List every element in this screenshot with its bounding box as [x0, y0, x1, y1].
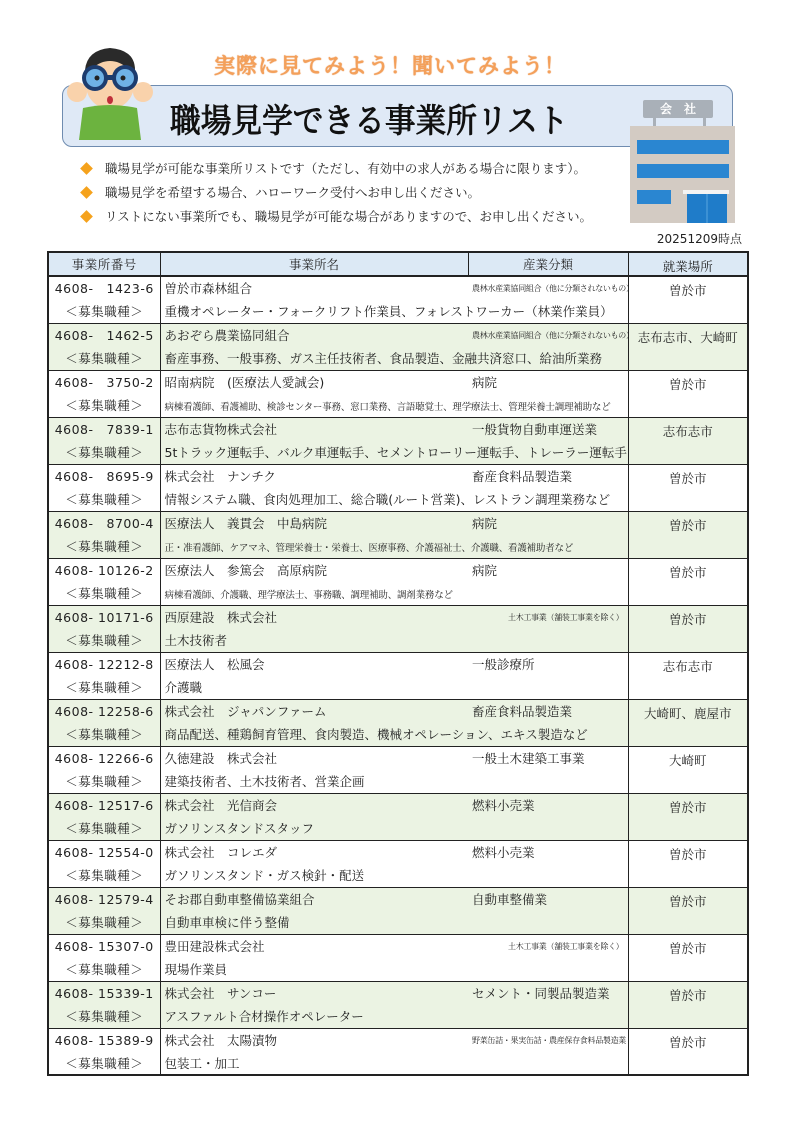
- job-label: ＜募集職種＞: [48, 676, 160, 700]
- industry: 畜産食料品製造業: [468, 699, 628, 723]
- business-name: 曽於市森林組合: [160, 276, 468, 300]
- business-number: 4608- 1423-6: [48, 276, 160, 300]
- business-number: 4608- 15339-1: [48, 981, 160, 1005]
- business-name: 株式会社 サンコー: [160, 981, 468, 1005]
- job-label: ＜募集職種＞: [48, 488, 160, 512]
- industry: 自動車整備業: [468, 887, 628, 911]
- business-name: 医療法人 松風会: [160, 652, 468, 676]
- table-row: 4608- 12554-0株式会社 コレエダ燃料小売業曽於市: [48, 840, 748, 864]
- job-types: 建築技術者、土木技術者、営業企画: [160, 770, 628, 794]
- industry: 一般診療所: [468, 652, 628, 676]
- industry: 農林水産業協同組合（他に分類されないもの）: [468, 323, 628, 347]
- work-location: 志布志市: [628, 652, 748, 699]
- industry: 一般貨物自動車運送業: [468, 417, 628, 441]
- table-row: 4608- 8695-9株式会社 ナンチク畜産食料品製造業曽於市: [48, 464, 748, 488]
- notice-item: 職場見学を希望する場合、ハローワーク受付へお申し出ください。: [78, 180, 592, 204]
- boy-with-binoculars-illustration: [55, 40, 165, 140]
- job-types: 重機オペレーター・フォークリフト作業員、フォレストワーカー（林業作業員）: [160, 300, 628, 324]
- job-types-text: 自動車車検に伴う整備: [165, 915, 290, 930]
- job-label: ＜募集職種＞: [48, 629, 160, 653]
- job-types-text: 病棟看護師、看護補助、検診センター事務、窓口業務、言語聴覚士、理学療法士、管理栄…: [165, 402, 611, 413]
- table-row: 4608- 10126-2医療法人 参篤会 高原病院病院曽於市: [48, 558, 748, 582]
- job-types: 5tトラック運転手、バルク車運転手、セメントローリー運転手、トレーラー運転手: [160, 441, 628, 465]
- work-location: 曽於市: [628, 793, 748, 840]
- job-types-text: 5tトラック運転手、バルク車運転手、セメントローリー運転手、トレーラー運転手: [165, 445, 627, 460]
- job-label: ＜募集職種＞: [48, 817, 160, 841]
- industry: 病院: [468, 558, 628, 582]
- table-row: 4608- 15339-1株式会社 サンコーセメント・同製品製造業曽於市: [48, 981, 748, 1005]
- as-of-date: 20251209時点: [657, 230, 742, 247]
- table-row: 4608- 10171-6西原建設 株式会社土木工事業（舗装工事業を除く）曽於市: [48, 605, 748, 629]
- job-types-text: 病棟看護師、介護職、理学療法士、事務職、調理補助、調剤業務など: [165, 590, 453, 601]
- job-types: 自動車車検に伴う整備: [160, 911, 628, 935]
- work-location: 志布志市、大崎町: [628, 323, 748, 370]
- business-number: 4608- 12212-8: [48, 652, 160, 676]
- header-business-name: 事業所名: [160, 252, 468, 276]
- page-title: 職場見学できる事業所リスト: [170, 95, 568, 142]
- table-row: 4608- 8700-4医療法人 義貫会 中島病院病院曽於市: [48, 511, 748, 535]
- job-types-text: 包装工・加工: [165, 1056, 240, 1071]
- table-row: 4608- 1462-5あおぞら農業協同組合農林水産業協同組合（他に分類されない…: [48, 323, 748, 347]
- business-number: 4608- 10126-2: [48, 558, 160, 582]
- job-label: ＜募集職種＞: [48, 723, 160, 747]
- business-number: 4608- 1462-5: [48, 323, 160, 347]
- table-row: 4608- 15307-0豊田建設株式会社土木工事業（舗装工事業を除く）曽於市: [48, 934, 748, 958]
- job-types: 土木技術者: [160, 629, 628, 653]
- table-row: 4608- 7839-1志布志貨物株式会社一般貨物自動車運送業志布志市: [48, 417, 748, 441]
- job-types: 商品配送、種鶏飼育管理、食肉製造、機械オペレーション、エキス製造など: [160, 723, 628, 747]
- job-types: 介護職: [160, 676, 628, 700]
- work-location: 曽於市: [628, 370, 748, 417]
- business-name: 株式会社 ナンチク: [160, 464, 468, 488]
- page-subtitle: 実際に見てみよう！聞いてみよう！: [190, 50, 590, 80]
- work-location: 曽於市: [628, 276, 748, 323]
- job-types-text: アスファルト合材操作オペレーター: [165, 1009, 364, 1024]
- diamond-bullet-icon: [80, 186, 93, 199]
- table-body: 4608- 1423-6曽於市森林組合農林水産業協同組合（他に分類されないもの）…: [48, 276, 748, 1075]
- business-name: 株式会社 太陽漬物: [160, 1028, 468, 1052]
- job-types: 情報システム職、食肉処理加工、総合職(ルート営業)、レストラン調理業務など: [160, 488, 628, 512]
- work-location: 曽於市: [628, 605, 748, 652]
- business-number: 4608- 12554-0: [48, 840, 160, 864]
- business-name: 株式会社 ジャパンファーム: [160, 699, 468, 723]
- svg-text:会 社: 会 社: [660, 101, 696, 116]
- work-location: 曽於市: [628, 511, 748, 558]
- job-types-text: 畜産事務、一般事務、ガス主任技術者、食品製造、金融共済窓口、給油所業務: [165, 351, 603, 366]
- table-row: 4608- 3750-2昭南病院 (医療法人愛誠会)病院曽於市: [48, 370, 748, 394]
- industry: 野菜缶詰・果実缶詰・農産保存食料品製造業: [468, 1028, 628, 1052]
- job-types-text: 土木技術者: [165, 633, 228, 648]
- job-types: 病棟看護師、介護職、理学療法士、事務職、調理補助、調剤業務など: [160, 582, 628, 606]
- notice-list: 職場見学が可能な事業所リストです（ただし、有効中の求人がある場合に限ります）。 …: [78, 156, 592, 228]
- job-label: ＜募集職種＞: [48, 864, 160, 888]
- business-number: 4608- 12258-6: [48, 699, 160, 723]
- notice-item: リストにない事業所でも、職場見学が可能な場合がありますので、お申し出ください。: [78, 204, 592, 228]
- header-location: 就業場所: [628, 252, 748, 276]
- job-label: ＜募集職種＞: [48, 770, 160, 794]
- business-name: 西原建設 株式会社: [160, 605, 468, 629]
- business-number: 4608- 15307-0: [48, 934, 160, 958]
- industry: 燃料小売業: [468, 840, 628, 864]
- work-location: 大崎町: [628, 746, 748, 793]
- industry: 畜産食料品製造業: [468, 464, 628, 488]
- job-types-text: 建築技術者、土木技術者、営業企画: [165, 774, 365, 789]
- industry: 一般土木建築工事業: [468, 746, 628, 770]
- job-label: ＜募集職種＞: [48, 1052, 160, 1076]
- industry: 病院: [468, 370, 628, 394]
- business-name: あおぞら農業協同組合: [160, 323, 468, 347]
- job-types-text: 情報システム職、食肉処理加工、総合職(ルート営業)、レストラン調理業務など: [165, 492, 611, 507]
- company-building-illustration: 会 社: [625, 98, 740, 223]
- job-label: ＜募集職種＞: [48, 1005, 160, 1029]
- table-row: 4608- 1423-6曽於市森林組合農林水産業協同組合（他に分類されないもの）…: [48, 276, 748, 300]
- job-label: ＜募集職種＞: [48, 347, 160, 371]
- job-types: 包装工・加工: [160, 1052, 628, 1076]
- business-name: 志布志貨物株式会社: [160, 417, 468, 441]
- job-types-text: ガソリンスタンド・ガス検針・配送: [165, 868, 365, 883]
- business-number: 4608- 12517-6: [48, 793, 160, 817]
- business-name: 医療法人 参篤会 高原病院: [160, 558, 468, 582]
- job-types: アスファルト合材操作オペレーター: [160, 1005, 628, 1029]
- work-location: 曽於市: [628, 887, 748, 934]
- job-types-text: ガソリンスタンドスタッフ: [165, 821, 315, 836]
- work-location: 大崎町、鹿屋市: [628, 699, 748, 746]
- job-types-text: 現場作業員: [165, 962, 228, 977]
- job-label: ＜募集職種＞: [48, 958, 160, 982]
- work-location: 志布志市: [628, 417, 748, 464]
- job-label: ＜募集職種＞: [48, 582, 160, 606]
- industry: 農林水産業協同組合（他に分類されないもの）: [468, 276, 628, 300]
- job-types: 病棟看護師、看護補助、検診センター事務、窓口業務、言語聴覚士、理学療法士、管理栄…: [160, 394, 628, 418]
- industry: 土木工事業（舗装工事業を除く）: [468, 605, 628, 629]
- business-number: 4608- 7839-1: [48, 417, 160, 441]
- job-types: ガソリンスタンドスタッフ: [160, 817, 628, 841]
- business-name: 医療法人 義貫会 中島病院: [160, 511, 468, 535]
- table-row: 4608- 12517-6株式会社 光信商会燃料小売業曽於市: [48, 793, 748, 817]
- work-location: 曽於市: [628, 934, 748, 981]
- job-label: ＜募集職種＞: [48, 300, 160, 324]
- job-types: 現場作業員: [160, 958, 628, 982]
- table-row: 4608- 12579-4そお郡自動車整備協業組合自動車整備業曽於市: [48, 887, 748, 911]
- job-types-text: 介護職: [165, 680, 203, 695]
- work-location: 曽於市: [628, 464, 748, 511]
- business-number: 4608- 15389-9: [48, 1028, 160, 1052]
- business-name: 豊田建設株式会社: [160, 934, 468, 958]
- business-name: 株式会社 光信商会: [160, 793, 468, 817]
- table-row: 4608- 12258-6株式会社 ジャパンファーム畜産食料品製造業大崎町、鹿屋…: [48, 699, 748, 723]
- diamond-bullet-icon: [80, 210, 93, 223]
- industry: セメント・同製品製造業: [468, 981, 628, 1005]
- business-name: 昭南病院 (医療法人愛誠会): [160, 370, 468, 394]
- job-label: ＜募集職種＞: [48, 394, 160, 418]
- business-list-table: 事業所番号 事業所名 産業分類 就業場所 4608- 1423-6曽於市森林組合…: [47, 251, 749, 1076]
- work-location: 曽於市: [628, 981, 748, 1028]
- business-number: 4608- 12266-6: [48, 746, 160, 770]
- work-location: 曽於市: [628, 558, 748, 605]
- job-types-text: 正・准看護師、ケアマネ、管理栄養士・栄養士、医療事務、介護福祉士、介護職、看護補…: [165, 543, 574, 554]
- business-name: 久徳建設 株式会社: [160, 746, 468, 770]
- work-location: 曽於市: [628, 1028, 748, 1075]
- job-label: ＜募集職種＞: [48, 441, 160, 465]
- industry: 病院: [468, 511, 628, 535]
- job-types: 正・准看護師、ケアマネ、管理栄養士・栄養士、医療事務、介護福祉士、介護職、看護補…: [160, 535, 628, 559]
- industry: 土木工事業（舗装工事業を除く）: [468, 934, 628, 958]
- table-row: 4608- 12212-8医療法人 松風会一般診療所志布志市: [48, 652, 748, 676]
- business-number: 4608- 10171-6: [48, 605, 160, 629]
- notice-text: 職場見学を希望する場合、ハローワーク受付へお申し出ください。: [105, 183, 480, 201]
- business-name: そお郡自動車整備協業組合: [160, 887, 468, 911]
- table-row: 4608- 12266-6久徳建設 株式会社一般土木建築工事業大崎町: [48, 746, 748, 770]
- job-types-text: 重機オペレーター・フォークリフト作業員、フォレストワーカー（林業作業員）: [165, 304, 613, 319]
- job-types: 畜産事務、一般事務、ガス主任技術者、食品製造、金融共済窓口、給油所業務: [160, 347, 628, 371]
- table-row: 4608- 15389-9株式会社 太陽漬物野菜缶詰・果実缶詰・農産保存食料品製…: [48, 1028, 748, 1052]
- business-number: 4608- 3750-2: [48, 370, 160, 394]
- header-industry: 産業分類: [468, 252, 628, 276]
- business-number: 4608- 8700-4: [48, 511, 160, 535]
- work-location: 曽於市: [628, 840, 748, 887]
- table-header-row: 事業所番号 事業所名 産業分類 就業場所: [48, 252, 748, 276]
- business-name: 株式会社 コレエダ: [160, 840, 468, 864]
- job-label: ＜募集職種＞: [48, 911, 160, 935]
- notice-text: 職場見学が可能な事業所リストです（ただし、有効中の求人がある場合に限ります）。: [105, 159, 586, 177]
- notice-item: 職場見学が可能な事業所リストです（ただし、有効中の求人がある場合に限ります）。: [78, 156, 592, 180]
- diamond-bullet-icon: [80, 162, 93, 175]
- job-types: ガソリンスタンド・ガス検針・配送: [160, 864, 628, 888]
- industry: 燃料小売業: [468, 793, 628, 817]
- header-business-number: 事業所番号: [48, 252, 160, 276]
- business-number: 4608- 12579-4: [48, 887, 160, 911]
- job-types-text: 商品配送、種鶏飼育管理、食肉製造、機械オペレーション、エキス製造など: [165, 727, 588, 742]
- notice-text: リストにない事業所でも、職場見学が可能な場合がありますので、お申し出ください。: [105, 207, 592, 225]
- job-label: ＜募集職種＞: [48, 535, 160, 559]
- business-number: 4608- 8695-9: [48, 464, 160, 488]
